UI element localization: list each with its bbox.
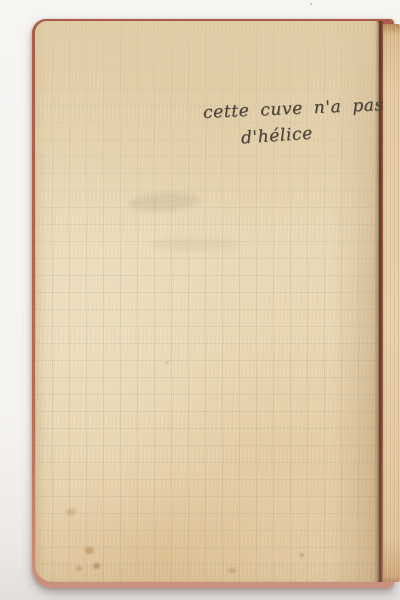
- dust-speck: [310, 3, 312, 5]
- paper-stain: [76, 566, 82, 571]
- scanned-notebook-spread: cette cuve n'a pas d'hélice: [0, 0, 400, 600]
- paper-stain: [93, 563, 100, 569]
- paper-stain: [228, 568, 236, 573]
- paper-stain: [85, 547, 94, 554]
- paper-stain: [166, 361, 169, 364]
- adjacent-page-edge: [383, 24, 400, 582]
- paper-stain: [300, 553, 304, 557]
- paper-stain: [66, 508, 76, 516]
- ink-bleed-smudge: [150, 238, 240, 251]
